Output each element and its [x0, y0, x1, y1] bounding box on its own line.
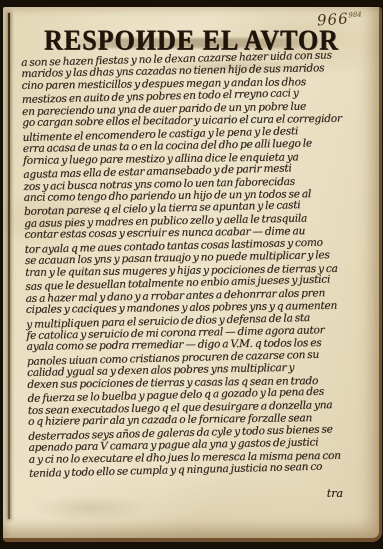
paper-stain: [30, 495, 150, 521]
catchword: tra: [327, 487, 343, 500]
manuscript-text-block: a son se hazen fiestas y no le dexan caz…: [21, 49, 379, 479]
folio-number-superscript: 984: [348, 10, 362, 19]
folio-number-main: 966: [316, 9, 349, 29]
binding-edge: [8, 13, 10, 519]
folio-number: 966984: [316, 8, 362, 29]
